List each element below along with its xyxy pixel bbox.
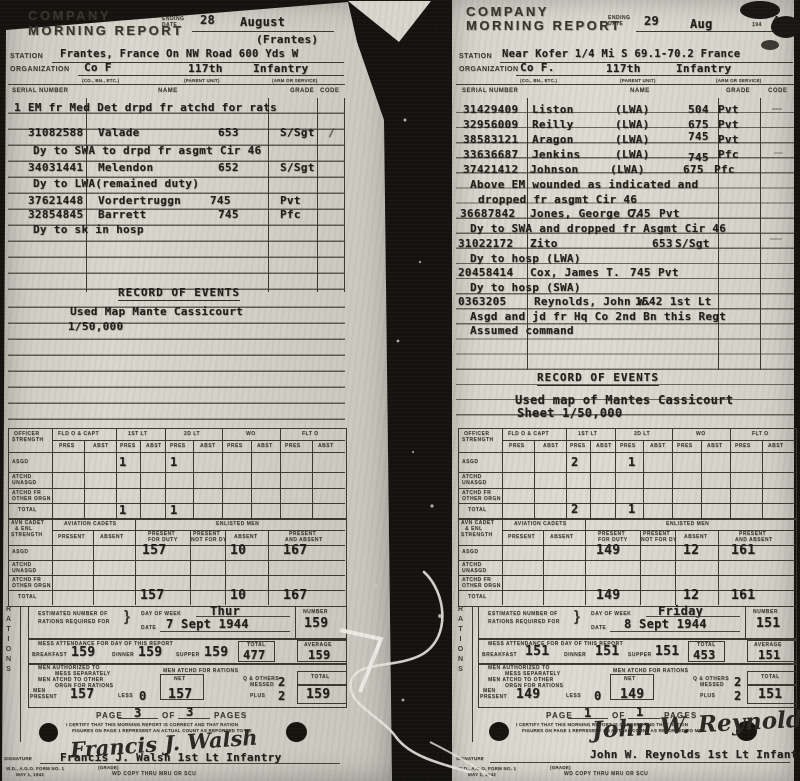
punch-hole xyxy=(286,722,307,742)
ration-date: 7 Sept 1944 xyxy=(166,617,249,631)
en-asgd-total: 167 xyxy=(283,543,307,558)
en-total-total: 161 xyxy=(731,588,755,603)
brace: } xyxy=(124,608,130,625)
men-net: 149 xyxy=(620,687,644,702)
ration-number: 151 xyxy=(756,616,780,631)
off-total-2lt-pres: 1 xyxy=(628,502,636,516)
mess-average: 159 xyxy=(308,648,331,662)
off-total-1lt-pres: 1 xyxy=(119,503,127,517)
en-asgd-absent: 12 xyxy=(683,543,699,558)
certification-line-1: I CERTIFY THAT THIS MORNING REPORT IS CO… xyxy=(66,722,238,727)
commander-typed-name: John W. Reynolds 1st Lt Infantry xyxy=(590,748,800,761)
signature-label: SIGNATURE xyxy=(456,756,484,761)
grade-sublabel: (GRADE) xyxy=(550,765,571,770)
rations-vertical-label: RATIONS xyxy=(457,606,464,744)
men-plus: 2 xyxy=(278,689,286,703)
en-total-absent: 10 xyxy=(230,588,246,603)
brace: } xyxy=(574,608,580,625)
supper-count: 159 xyxy=(204,645,228,660)
off-asgd-2lt-pres: 1 xyxy=(628,455,636,469)
men-net: 157 xyxy=(168,687,192,702)
men-total: 159 xyxy=(306,687,330,702)
breakfast-count: 159 xyxy=(71,645,95,660)
en-asgd-absent: 10 xyxy=(230,543,246,558)
rations-vertical-label: RATIONS xyxy=(5,606,12,744)
grade-sublabel: (GRADE) xyxy=(98,765,119,770)
mess-average: 151 xyxy=(758,648,781,662)
scanned-morning-reports: COMPANY MORNING REPORT ENDING DATE 28 Au… xyxy=(0,0,800,781)
men-total: 151 xyxy=(758,687,782,702)
off-total-1lt-pres: 2 xyxy=(571,502,579,516)
form-number: W.D., A.G.O. FORM NO. 1 xyxy=(6,766,64,771)
men-present: 149 xyxy=(516,687,540,702)
breakfast-count: 151 xyxy=(525,644,549,659)
dinner-count: 151 xyxy=(595,644,619,659)
punch-hole xyxy=(489,722,509,741)
left-lower-section: OFFICER STRENGTH FLD O & CAPT 1ST LT 2D … xyxy=(0,0,400,781)
form-date: MAY 1, 1942 xyxy=(16,772,44,777)
en-asgd-duty: 149 xyxy=(596,543,620,558)
others-messed: 2 xyxy=(734,675,742,689)
men-less: 0 xyxy=(139,689,147,703)
men-less: 0 xyxy=(594,689,602,703)
wd-copy-note: WD COPY THRU MRU OR SCU xyxy=(564,771,648,777)
en-total-duty: 157 xyxy=(140,588,164,603)
wd-copy-note: WD COPY THRU MRU OR SCU xyxy=(112,771,196,777)
en-asgd-duty: 157 xyxy=(142,543,166,558)
off-asgd-1lt-pres: 2 xyxy=(571,455,579,469)
mess-total: 477 xyxy=(243,648,266,662)
form-date: MAY 1, 1942 xyxy=(468,772,496,777)
en-total-duty: 149 xyxy=(596,588,620,603)
ration-date: 8 Sept 1944 xyxy=(624,617,707,631)
off-total-2lt-pres: 1 xyxy=(170,503,178,517)
others-messed: 2 xyxy=(278,675,286,689)
men-plus: 2 xyxy=(734,689,742,703)
en-total-total: 167 xyxy=(283,588,307,603)
signature-label: SIGNATURE xyxy=(4,756,32,761)
pages-total: 3 xyxy=(186,705,194,719)
en-total-absent: 12 xyxy=(683,588,699,603)
dinner-count: 159 xyxy=(138,645,162,660)
supper-count: 151 xyxy=(655,644,679,659)
form-number: W.D., A.G.O. FORM NO. 1 xyxy=(458,766,516,771)
punch-hole xyxy=(39,723,58,742)
right-lower-section: OFFICER STRENGTH FLD O & CAPT 1ST LT 2D … xyxy=(450,0,800,781)
off-asgd-1lt-pres: 1 xyxy=(119,455,127,469)
ration-number: 159 xyxy=(304,616,328,631)
en-asgd-total: 161 xyxy=(731,543,755,558)
mess-total: 453 xyxy=(693,648,716,662)
off-asgd-2lt-pres: 1 xyxy=(170,455,178,469)
men-present: 157 xyxy=(70,687,94,702)
